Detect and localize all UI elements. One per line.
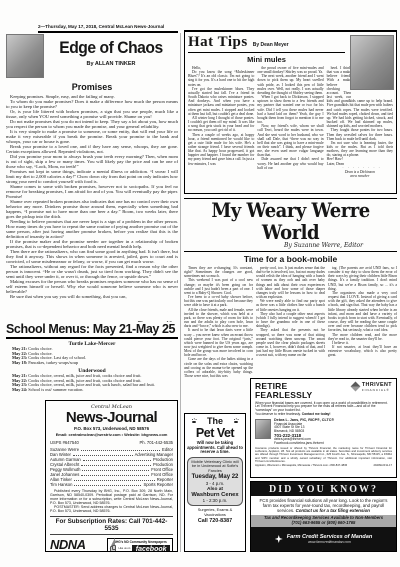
ad-body: FCS provides financial solutions all yea… xyxy=(251,496,396,515)
story-paragraph: Or, is your life littered with broken pr… xyxy=(6,109,178,119)
staff-row: Tim Hanson Sports Reporter xyxy=(50,482,173,487)
column-title: My Weary Werre World xyxy=(184,201,397,244)
ad-title: Pet Vet xyxy=(187,426,243,440)
text-column-2: pretty cool, too. It just makes sense th… xyxy=(256,266,325,378)
ad-fine-print: Insurance products issued or offered by … xyxy=(255,447,392,462)
story-paragraph: Shame comes to some with broken promises… xyxy=(6,184,178,199)
school-menus-headline: School Menus: May 21-May 25 xyxy=(6,322,178,339)
columnist-tagline: area rancher xyxy=(327,174,393,178)
appointment-note: Will now be taking appointments. Call ah… xyxy=(187,441,243,455)
paw-icon xyxy=(233,418,239,424)
facebook-wordmark: facebook xyxy=(132,545,170,552)
column-byline: By ALLAN TINKER xyxy=(44,61,178,67)
text-column-3: tag. (The parents are avid UND fans, so … xyxy=(328,266,397,378)
cta-text: Contact us for a tax filing extension xyxy=(296,508,370,513)
agent-info: Debra L. Jans, FIC, RICP®, CLTC® Financi… xyxy=(274,419,334,446)
staff-name: Tim Hanson xyxy=(50,482,72,487)
masthead-contact: Email: centralmclean@westriv.com • Websi… xyxy=(50,432,173,437)
weary-werre-world-column: My Weary Werre World By Suzanne Werre, E… xyxy=(184,198,397,378)
edge-of-chaos-column: Edge of Chaos By ALLAN TINKER Promises K… xyxy=(6,34,178,327)
pet-vet-ad: The Pet Vet Will now be taking appointme… xyxy=(184,413,246,552)
masthead-phone: Ph. 701-442-5535 xyxy=(139,440,173,445)
text-column-1: Hello,Do you know the song “Muleskinner … xyxy=(188,66,254,198)
columnist-photo-allan-tinker xyxy=(6,34,44,78)
paw-icon xyxy=(191,418,197,424)
dotted-leader xyxy=(81,463,151,466)
story-paragraph: Promises not kept in some things, indica… xyxy=(6,169,178,184)
column-divider xyxy=(180,33,181,552)
masthead-address: P.O. Box 573, Underwood, ND 58576 xyxy=(50,426,173,431)
story-headline: Mini mules xyxy=(188,55,345,64)
story-body: Keeping promises. Simple, easy, and the … xyxy=(6,94,178,320)
text-column-1: Times they are a-changing. It's constant… xyxy=(184,266,253,378)
fcs-url: www.farmcreditmandan.com xyxy=(287,540,373,544)
story-paragraph: It is very simple to make a promise to s… xyxy=(6,129,178,144)
column-title: Edge of Chaos xyxy=(49,38,172,58)
story-paragraph: Did you promise your mom to always brush… xyxy=(6,154,178,169)
clinic-time: 3 - 4 p.m. xyxy=(189,481,241,486)
dotted-leader xyxy=(73,453,133,456)
dotted-leader xyxy=(74,478,155,481)
services-bar: Tax and Recordkeeping Services Available… xyxy=(251,515,396,527)
agent-facebook: Facebook.com/debra.jans.thrivent xyxy=(274,442,334,446)
dotted-leader xyxy=(74,483,141,486)
subscription-rates-line: For Subscription Rates: Call 701-442-553… xyxy=(50,516,173,535)
clinic-place: Washburn Cenex xyxy=(189,492,241,498)
ad-body: When your financial bases are covered, i… xyxy=(255,402,392,417)
phone-line: Call 720-8387 xyxy=(187,518,243,524)
story-paragraph: Shame over repeated broken promises also… xyxy=(6,199,178,219)
dotted-leader xyxy=(83,458,151,461)
story-paragraph: Needing to believe promises that are nev… xyxy=(6,219,178,239)
menu-item: May 24: School is out/ summer vacation. xyxy=(6,388,178,393)
thumbs-up-icon xyxy=(110,546,116,552)
staff-list: Suzanne Werre Editor Dan Winter Advertis… xyxy=(50,447,173,487)
did-you-know-ad: DID YOU KNOW? FCS provides financial sol… xyxy=(250,481,397,552)
fcs-footer-bar: Farm Credit Services of Mandan www.farmc… xyxy=(251,527,396,551)
clinic-time: 1 - 2:30 p.m. xyxy=(189,498,241,503)
story-paragraph: If the promise maker and the promise nee… xyxy=(6,239,178,249)
story-paragraph: Then there are the rationalizers, who ca… xyxy=(6,249,178,264)
story-paragraph: Do not make promises that you do not int… xyxy=(6,119,178,129)
cta-text: Contact me today! xyxy=(302,412,331,416)
story-headline: Time for a book-mobile xyxy=(184,254,397,264)
ndna-logo: NDNA NORTH DAKOTA NEWSPAPER ASSOCIATION xyxy=(50,537,107,552)
page-header-dateline: 2—Thursday, May 17, 2018, Central McLean… xyxy=(38,24,178,33)
story-paragraph: To whom do you make promises? Does it ma… xyxy=(6,99,178,109)
masthead-name: News-Journal xyxy=(50,410,173,425)
masthead-fine-print: Published every Thursday by BHG, Inc., P… xyxy=(50,489,173,514)
ad-banner: DID YOU KNOW? xyxy=(251,482,396,496)
dotted-leader xyxy=(82,468,149,471)
agent-photo xyxy=(255,419,271,439)
masthead-usps: USPS #647540 xyxy=(50,440,79,445)
story-paragraph: The rationalizers, without any regard fo… xyxy=(6,264,178,279)
story-paragraph: Making excuses for the person who breaks… xyxy=(6,279,178,294)
edge-of-chaos-header: Edge of Chaos By ALLAN TINKER xyxy=(6,34,178,78)
hat-tips-column: Hat Tips By Dean Meyer Mini mules Hello,… xyxy=(184,30,397,194)
menu-item-list: May 21: Cooks choice, cereal, milk, juic… xyxy=(6,374,178,393)
columnist-photo-dean-meyer xyxy=(350,35,394,90)
story-paragraph: Be sure that when you say you will do so… xyxy=(6,294,178,299)
dotted-leader xyxy=(81,473,149,476)
staff-role: Sports Reporter xyxy=(143,482,173,487)
dotted-leader xyxy=(81,448,160,451)
services-line: Surgeries, Exams & Vaccinations xyxy=(187,508,243,517)
thrivent-logo-icon xyxy=(350,382,360,392)
thrivent-ad: RETIRE FEARLESSLY THRIVENTFINANCIAL® Whe… xyxy=(250,378,397,478)
column-title: Hat Tips xyxy=(188,34,248,51)
story-paragraph: Break your promise to a loved one, and i… xyxy=(6,144,178,154)
ad-title: RETIRE FEARLESSLY xyxy=(255,382,312,400)
school-menus-section: School Menus: May 21-May 25 Turtle Lake-… xyxy=(6,322,178,398)
text-column-2: the proud owner of five mini-mules and o… xyxy=(257,66,323,198)
masthead-box: Central McLean News-Journal P.O. Box 573… xyxy=(45,400,178,552)
thrivent-wordmark: THRIVENTFINANCIAL® xyxy=(362,382,392,392)
menu-item-list: May 21: Cooks choice.May 22: Cooks choic… xyxy=(6,347,178,366)
clinic-date: Tuesday, May 22 xyxy=(189,474,241,480)
column-byline: By Dean Meyer xyxy=(253,42,289,48)
story-headline: Promises xyxy=(6,82,178,92)
clinic-schedule-box: Mobile Veterinary Clinic will be in Unde… xyxy=(187,457,243,506)
menu-item: May 18: Pancakes, turkey wraps/soup xyxy=(6,361,178,366)
facebook-badge: BHG's ND Community Newspapers Like us on… xyxy=(107,538,173,552)
newspaper-page: 2—Thursday, May 17, 2018, Central McLean… xyxy=(0,0,400,567)
fcs-star-icon xyxy=(275,535,283,543)
